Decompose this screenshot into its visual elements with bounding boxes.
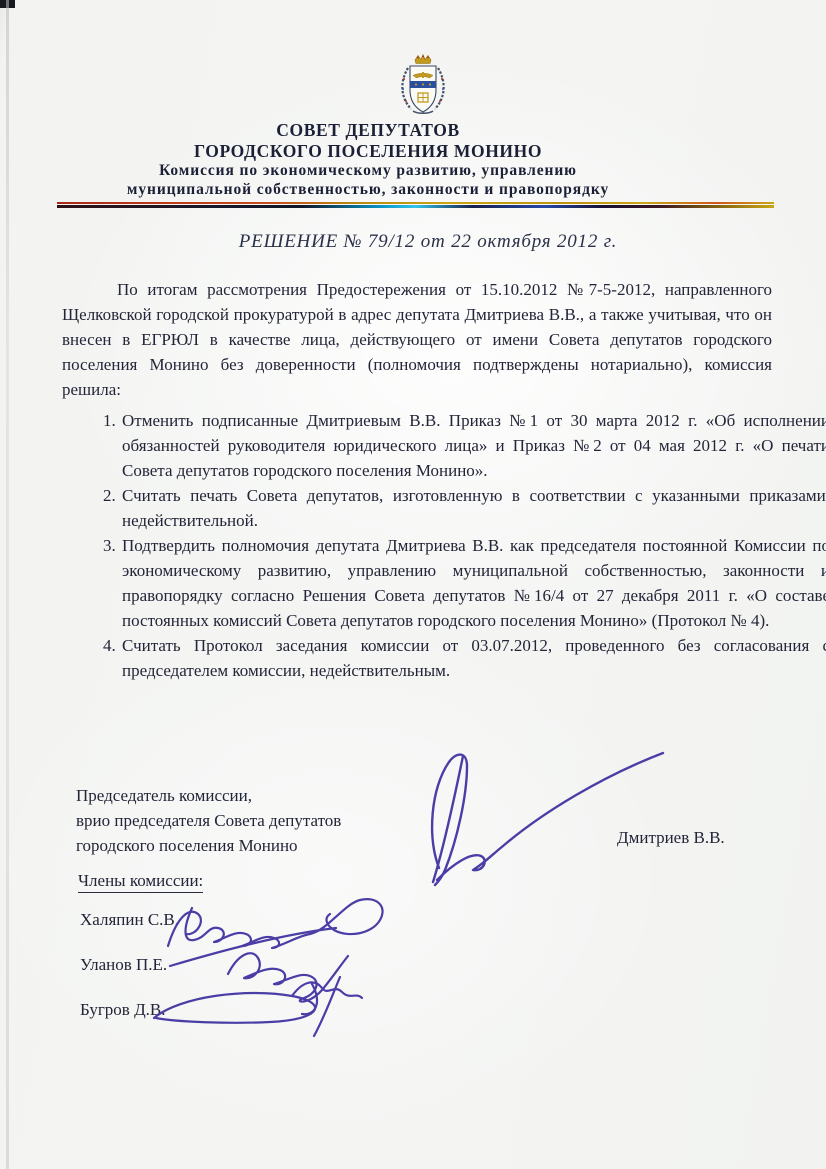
document-header: СОВЕТ ДЕПУТАТОВ ГОРОДСКОГО ПОСЕЛЕНИЯ МОН… [0, 120, 736, 199]
member-name-ulanov: Уланов П.Е. [80, 955, 167, 975]
intro-paragraph: По итогам рассмотрения Предостережения о… [62, 277, 772, 402]
coat-of-arms-monino [399, 53, 447, 116]
signature-ink-strokes [432, 753, 663, 885]
chairman-title-block: Председатель комиссии, врио председателя… [76, 783, 341, 858]
signature-bugrov [144, 976, 369, 1048]
chairman-title-line1: Председатель комиссии, [76, 783, 341, 808]
document-title: РЕШЕНИЕ № 79/12 от 22 октября 2012 г. [40, 231, 816, 253]
signature-dmitriev [423, 740, 673, 890]
org-name-line2: ГОРОДСКОГО ПОСЕЛЕНИЯ МОНИНО [0, 141, 736, 162]
chairman-name: Дмитриев В.В. [617, 828, 725, 848]
coat-of-arms-icon [399, 53, 447, 116]
signature-ink-strokes [154, 977, 362, 1036]
resolution-item-3: Подтвердить полномочия депутата Дмитриев… [120, 533, 826, 633]
member-name-khalyapin: Халяпин С.В. [80, 910, 179, 930]
scanned-document-page: СОВЕТ ДЕПУТАТОВ ГОРОДСКОГО ПОСЕЛЕНИЯ МОН… [0, 0, 826, 1169]
resolution-item-2: Считать печать Совета депутатов, изготов… [120, 483, 826, 533]
member-name-bugrov: Бугров Д.В. [80, 1000, 166, 1020]
resolution-item-4: Считать Протокол заседания комиссии от 0… [120, 633, 826, 683]
signature-ink-strokes [170, 928, 348, 1014]
signature-ink-strokes [168, 899, 383, 948]
members-heading: Члены комиссии: [78, 871, 203, 893]
chairman-title-line2: врио председателя Совета депутатов [76, 808, 341, 833]
resolution-item-1: Отменить подписанные Дмитриевым В.В. При… [120, 408, 826, 483]
signature-khalyapin [158, 884, 398, 974]
header-divider-rule [57, 202, 774, 208]
org-name-line1: СОВЕТ ДЕПУТАТОВ [0, 120, 736, 141]
signature-ulanov [164, 922, 379, 1022]
chairman-title-line3: городского поселения Монино [76, 833, 341, 858]
resolution-list: Отменить подписанные Дмитриевым В.В. При… [62, 408, 826, 683]
commission-line2: муниципальной собственностью, законности… [0, 181, 736, 200]
commission-line1: Комиссия по экономическому развитию, упр… [0, 162, 736, 181]
